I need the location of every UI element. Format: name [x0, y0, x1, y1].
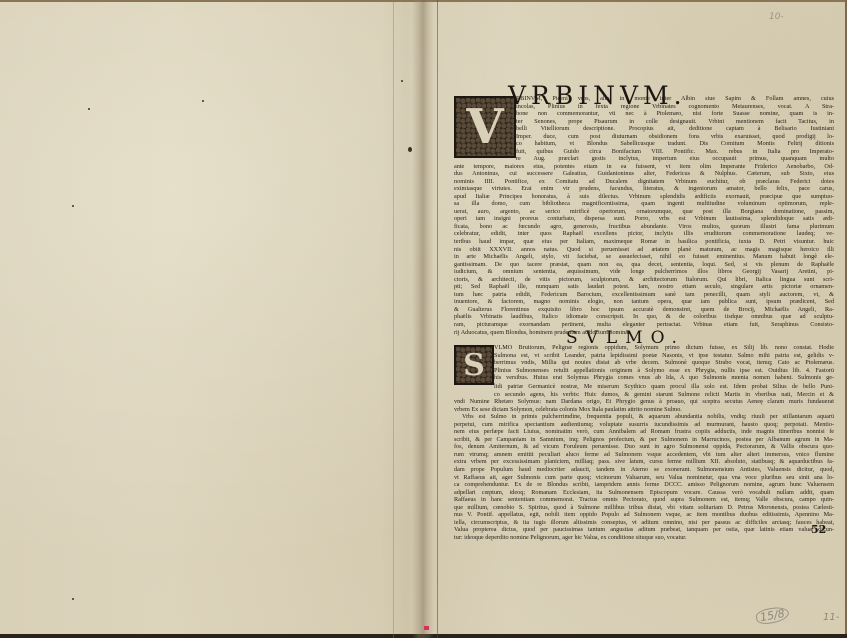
- text-line: extra vrbem per excessissimam planiciem,…: [454, 458, 834, 466]
- text-line: pti; Sed Raphaël ille, nunquam satis lau…: [454, 283, 834, 291]
- text-line: fos, denum Amiternum, & ad vicum Foruleu…: [454, 443, 834, 451]
- text-line: operi tam insigni proreus conturbato, di…: [454, 215, 834, 223]
- text-line: phaëlis Vrbinatis laudibus, Italico idio…: [454, 313, 834, 321]
- ink-spot: [401, 80, 403, 82]
- text-line: Raffaeus in hanc sententiam commemorat. …: [454, 496, 834, 504]
- urbinum-paragraph-full: re Aug. præclari gestis inclytus, imperi…: [454, 155, 834, 336]
- text-line: vndi Numine Rhetæo Solymus: nam Dardana …: [454, 398, 834, 406]
- text-line: RBINVM, Piceni vrbs, alto in monte inter…: [516, 95, 834, 103]
- text-line: Plinius Sulmonenses retulit appellationi…: [494, 367, 834, 375]
- text-line: que millium, cœnobio S. Spiritus, quod à…: [454, 504, 834, 512]
- ink-spot: [408, 147, 412, 152]
- text-line: VLMO Brutiorum, Pelignæ regionis oppidum…: [494, 344, 834, 352]
- text-line: bone non commemorantur, vti nec à Ptolem…: [516, 110, 834, 118]
- ink-spot: [72, 205, 74, 207]
- atlas-page-spread: 10- VRBINVM. V RBINVM, Piceni vrbs, alto…: [0, 0, 847, 638]
- text-line: dam prope Populum haud mediocriter adauc…: [454, 466, 834, 474]
- text-line: tur: ideoque deperdito nomine Pelignorum…: [454, 534, 834, 542]
- text-line: Imper. duce, cum post diuturnam obsidion…: [516, 133, 834, 141]
- text-line: uerat, auro, argento, ac serico mirificè…: [454, 208, 834, 216]
- fold-line: [393, 0, 394, 638]
- text-line: apud Italiæ Principes honoratus, à suis …: [454, 193, 834, 201]
- text-line: co secundo agens, his verbis: Huic dumos…: [454, 391, 834, 399]
- text-line: his versibus. Huius erat Solymus Phrygia…: [494, 374, 834, 382]
- text-line: teribus haud impar, quæ eius per Italiam…: [454, 238, 834, 246]
- page-number: 52: [811, 523, 826, 536]
- urbinum-paragraph-indented: RBINVM, Piceni vrbs, alto in monte inter…: [516, 95, 834, 155]
- text-line: tum hæc patria edidit, Federicum Barociu…: [454, 291, 834, 299]
- text-line: inuentore, & factorem, magno nominis elo…: [454, 298, 834, 306]
- text-line: ctoris, & architecti, de vitis pictorum,…: [454, 276, 834, 284]
- text-line: co habitum, vt Blondus Sabellicusque tra…: [516, 140, 834, 148]
- pencil-mark-top: 10-: [769, 12, 784, 22]
- text-line: berrimus vndis, Millia qui nouies distat…: [494, 359, 834, 367]
- text-line: adpellari cœptum, ideoq; Romanam Ecclesi…: [454, 489, 834, 497]
- text-line: Sulmona est, vt scribit Leander, patria …: [494, 352, 834, 360]
- text-line: iudicium, & omnium sententia, æquissimum…: [454, 268, 834, 276]
- text-line: nis obiit XXXVII. annos natus. Quod si p…: [454, 246, 834, 254]
- pencil-annotation: 15/8: [755, 605, 790, 625]
- right-page: 10- VRBINVM. V RBINVM, Piceni vrbs, alto…: [438, 0, 847, 638]
- text-line: ca comprehenduntur. Ex de re Blondus scr…: [454, 481, 834, 489]
- red-library-stamp: [424, 626, 429, 630]
- text-line: vt Raffaeus ait, ager Sulmonis cum parte…: [454, 474, 834, 482]
- text-line: ter Senones, prope Pisaurum in colle des…: [516, 118, 834, 126]
- text-line: scribit, & per Campaniam in Samnium, inq…: [454, 436, 834, 444]
- text-line: celebratur, edidit, inter quos Raphaël e…: [454, 230, 834, 238]
- text-line: lidi patriæ Germanicè nostræ, Me miserum…: [454, 383, 834, 391]
- text-line: incolas, Plinius in fexta regione Vrbina…: [516, 103, 834, 111]
- ink-spot: [88, 108, 90, 110]
- text-line: & Gualterus Florentinus exquisito libro …: [454, 306, 834, 314]
- text-line: nem eius perfæpe facit Liuius, nominatim…: [454, 428, 834, 436]
- text-line: Valua propterea dictus, quod per pauciss…: [454, 526, 834, 534]
- sulmo-paragraph-full: lidi patriæ Germanicè nostræ, Me miserum…: [454, 383, 834, 541]
- ink-spot: [202, 100, 204, 102]
- text-line: nus V. Pontif. appellatus, egit, nobili …: [454, 511, 834, 519]
- decorated-initial-v-icon: V: [454, 96, 516, 158]
- decorated-initial-s-icon: S: [454, 345, 494, 385]
- text-line: belli Vitelliorum descriptione. Procopiu…: [516, 125, 834, 133]
- gutter-fold: [412, 0, 434, 638]
- left-page-blank: [0, 0, 412, 638]
- ink-spot: [72, 598, 74, 600]
- text-line: ficata, bono ac fœcundo agro, generosis,…: [454, 223, 834, 231]
- text-line: in arte Michaëlis Angeli, stylo, vti fac…: [454, 253, 834, 261]
- text-line: iella, circumscriptus, & ita iugis illor…: [454, 519, 834, 527]
- text-line: ante tempore, maiores eius, potentes eti…: [454, 163, 834, 171]
- text-line: re Aug. præclari gestis inclytus, imperi…: [454, 155, 834, 163]
- sulmo-paragraph-indented: VLMO Brutiorum, Pelignæ regionis oppidum…: [494, 344, 834, 382]
- text-line: eximiasque virtutes. Erat enim vir prude…: [454, 185, 834, 193]
- text-line: sa illa domo, cum bibliotheca magnificen…: [454, 200, 834, 208]
- pencil-annotation: 11-: [823, 612, 839, 623]
- text-line: perpetui, cum mirifica spectantium audie…: [454, 421, 834, 429]
- text-line: gantissimam. De quo tacere præstat, quam…: [454, 261, 834, 269]
- text-line: Vrbs est Sulmo in primis pulcherrimdine,…: [454, 413, 834, 421]
- text-line: vrbem Ex sese dictam Solymon, celebrata …: [454, 406, 834, 414]
- text-line: nominis IIII. Pontifice, ex Comitatu ad …: [454, 178, 834, 186]
- text-line: rum vtrumq; amnem emittit peculiari aluc…: [454, 451, 834, 459]
- text-line: dus Antoninus, cui successere Galeatius,…: [454, 170, 834, 178]
